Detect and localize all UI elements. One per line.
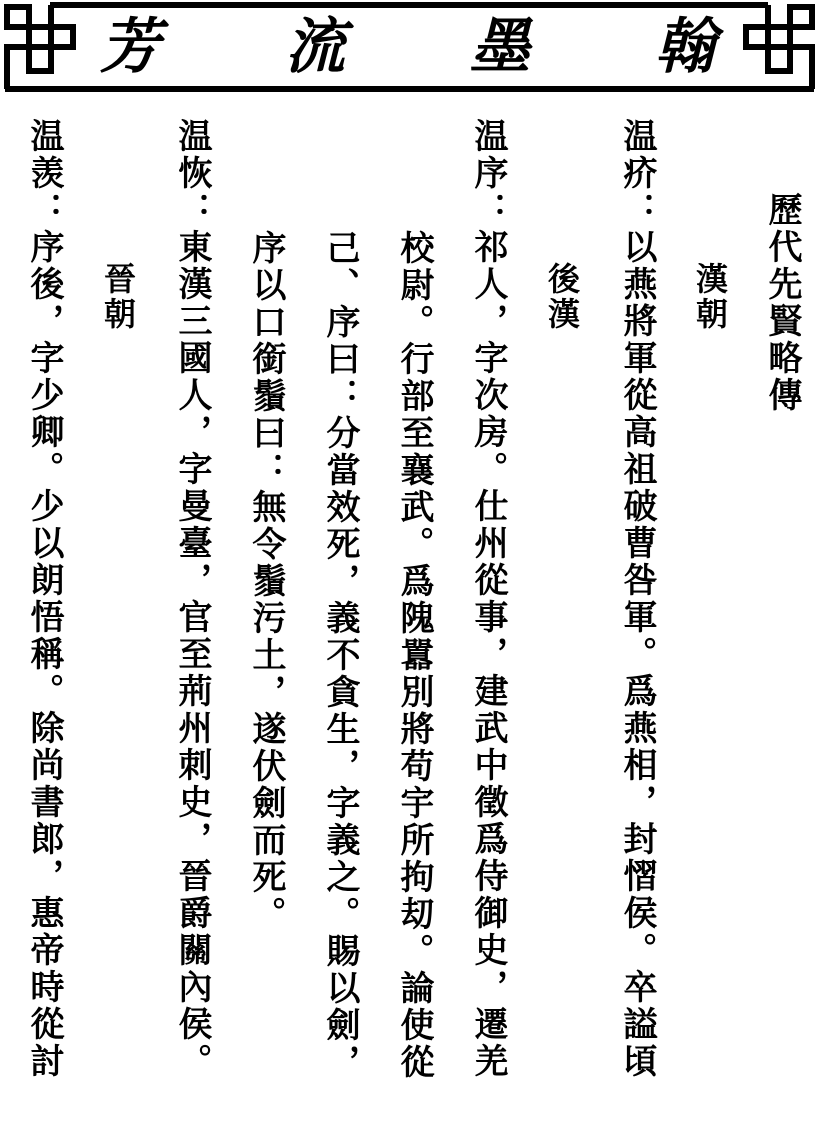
biography-wen-xian: 温羡：序後，字少卿。少以朗悟稱。除尚書郎，惠帝時從討 <box>24 118 64 1080</box>
biography-wen-xu-cont-2: 己、序曰：分當效死，義不貪生，字義之。賜以劍， <box>320 230 360 1081</box>
biography-wen-xu: 温序：祁人，字次房。仕州從事，建武中徵爲侍御史，遷羌 <box>468 118 508 1080</box>
title-banner: 芳 流 墨 翰 <box>0 0 819 95</box>
dynasty-heading-later-han: 後漢 <box>542 262 582 332</box>
dynasty-heading-han: 漢朝 <box>690 262 730 332</box>
biography-wen-hui: 温恢：東漢三國人，字曼臺，官至荊州刺史，晉爵關內侯。 <box>172 118 212 1080</box>
section-title: 歷代先賢略傳 <box>762 192 802 414</box>
biography-wen-xu-cont-3: 序以口銜鬚曰：無令鬚污土，遂伏劍而死。 <box>246 230 286 933</box>
title-char-1: 芳 <box>100 12 160 82</box>
biography-wen-xu-cont-1: 校尉。行部至襄武。爲隗囂別將苟宇所拘刧。論使從 <box>394 230 434 1081</box>
biography-wen-jie: 温疥：以燕將軍從高祖破曹咎軍。爲燕相，封慴侯。卒謚頃 <box>617 118 657 1080</box>
title-char-2: 流 <box>285 12 345 82</box>
title-char-4: 翰 <box>655 12 715 82</box>
dynasty-heading-jin: 晉朝 <box>98 262 138 332</box>
title-char-3: 墨 <box>470 12 530 82</box>
